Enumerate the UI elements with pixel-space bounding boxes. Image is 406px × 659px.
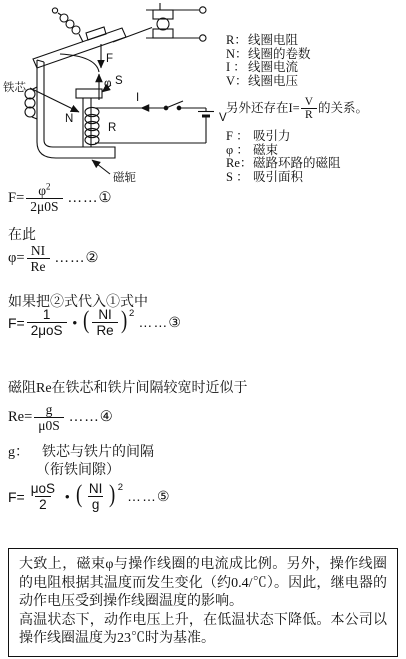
return-spring-icon [52,8,83,42]
document-page: F φ S N R I V 铁芯 磁轭 R：线圈电阻 N：线圈的卷数 I ：线圈… [0,0,406,659]
formula-1: F= φ2 2μ0S ……① [8,183,113,214]
formula-5: F= μoS 2 • ( NI g ) 2 ……⑤ [8,481,171,512]
legend-row: Re：磁路环路的磁阻 [226,157,404,171]
note-paragraph: 大致上，磁束φ与操作线圈的电流成比例。另外，操作线圈的电阻根据其温度而发生变化（… [19,556,387,612]
symbol-legend: R：线圈电阻 N：线圈的卷数 I ：线圈电流 V：线圈电压 另外还存在I= V … [226,34,404,184]
ohms-law-relation: 另外还存在I= V R 的关系。 [226,96,404,121]
formula-3: F= 1 2μoS • ( NI Re ) 2 ……③ [8,307,182,338]
legend-row: R：线圈电阻 [226,34,404,48]
text-here: 在此 [8,224,36,244]
legend-row: S ：吸引面积 [226,171,404,185]
coil-winding [85,107,99,144]
fraction: NI Re [27,243,50,274]
current-label: I [136,92,139,104]
yoke-pointer-arrow [92,160,110,174]
flux-arc [60,54,99,72]
core-label: 铁芯 [3,80,26,94]
fraction: μoS 2 [27,481,59,512]
resistance-label: R [108,122,116,134]
gap-note: （衔铁间隙） [36,459,120,479]
contact-assembly [146,3,206,41]
hinge-spring-icon [25,87,37,119]
contact-pusher [86,27,106,40]
fraction: 1 2μoS [27,307,67,338]
legend-row: I ：线圈电流 [226,61,404,75]
turns-label: N [65,113,73,125]
legend-row: N：线圈的卷数 [226,48,404,62]
relay-diagram: F φ S N R I V 铁芯 磁轭 [0,0,230,188]
gap-definition: g：铁芯与铁片的间隔 [8,441,154,461]
formula-4: Re= g μ0S ……④ [8,402,114,433]
flux-label: φ [104,78,111,90]
note-paragraph: 高温状态下，动作电压上升，在低温状态下降低。本公司以操作线圈温度为23℃时为基准… [19,612,387,649]
switch-contact-dot [177,106,181,110]
force-label: F [106,53,113,65]
area-label: S [115,75,123,87]
text-reluctance: 磁阻Re在铁芯和铁片间隔较宽时近似于 [8,377,248,397]
temperature-note-box: 大致上，磁束φ与操作线圈的电流成比例。另外，操作线圈的电阻根据其温度而发生变化（… [8,548,398,657]
legend-row: F ：吸引力 [226,130,404,144]
yoke-label: 磁轭 [113,170,136,184]
legend-row: φ ：磁束 [226,144,404,158]
fraction: V R [301,96,317,121]
legend-row: V：线圈电压 [226,75,404,89]
fraction: NI g [85,481,107,512]
fraction: NI Re [92,307,117,338]
fraction: φ2 2μ0S [26,183,62,214]
formula-2: φ= NI Re ……② [8,243,100,274]
fraction: g μ0S [34,402,64,433]
